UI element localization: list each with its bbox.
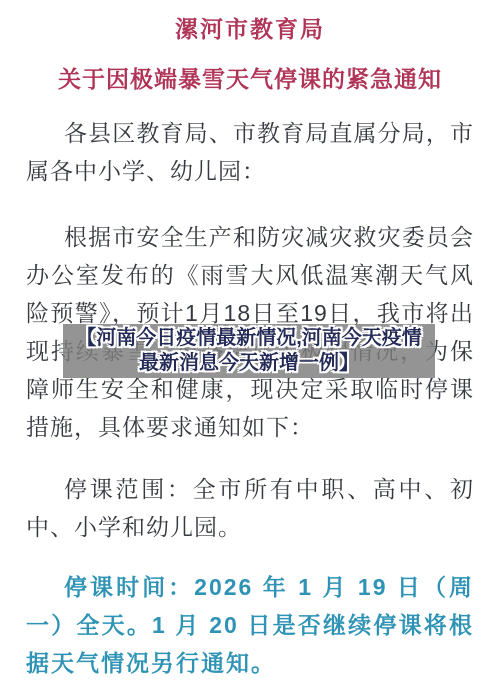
- salutation-paragraph: 各县区教育局、市教育局直属分局，市属各中小学、幼儿园：: [26, 114, 474, 190]
- watermark-text: 【河南今日疫情最新情况,河南今天疫情最新消息今天新增一例】: [69, 326, 429, 376]
- suspension-scope-paragraph: 停课范围：全市所有中职、高中、初中、小学和幼儿园。: [26, 470, 474, 546]
- notice-title: 关于因极端暴雪天气停课的紧急通知: [26, 64, 474, 94]
- issuer-name: 漯河市教育局: [26, 14, 474, 44]
- notice-document: 漯河市教育局 关于因极端暴雪天气停课的紧急通知 各县区教育局、市教育局直属分局，…: [0, 0, 500, 693]
- suspension-time-paragraph: 停课时间：2026 年 1 月 19 日（周一）全天。1 月 20 日是否继续停…: [26, 568, 474, 682]
- watermark-overlay: 【河南今日疫情最新情况,河南今天疫情最新消息今天新增一例】: [63, 324, 435, 378]
